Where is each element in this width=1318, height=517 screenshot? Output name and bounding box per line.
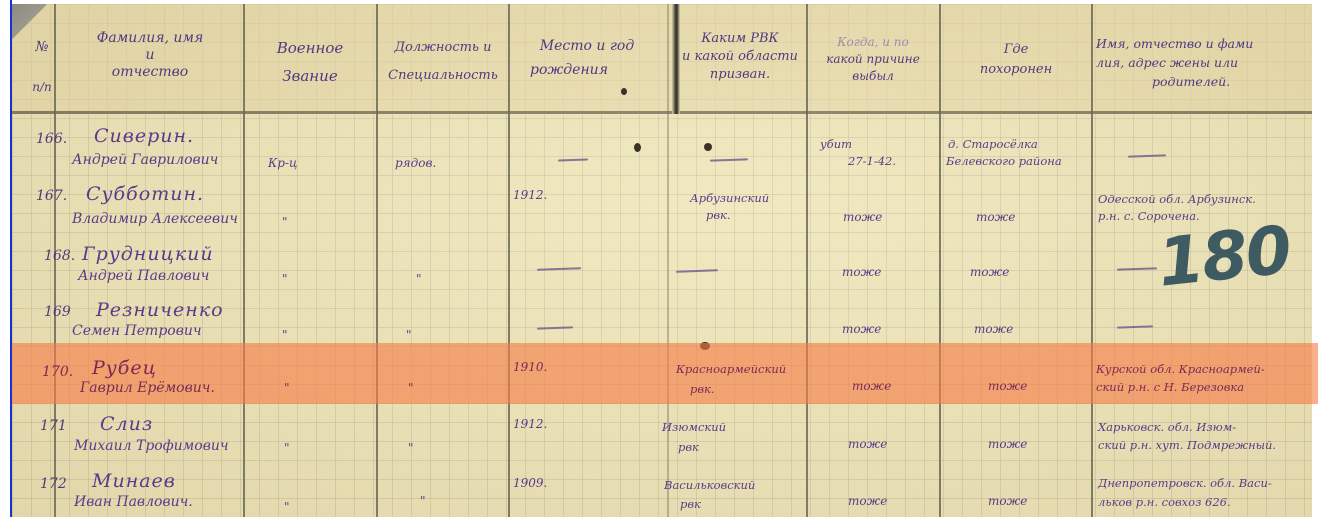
- given-names: Иван Павлович.: [74, 494, 193, 510]
- given-names: Андрей Павлович: [78, 268, 209, 284]
- row-number: 166.: [36, 131, 67, 147]
- death-same: тоже: [842, 265, 881, 279]
- burial-place: д. Старосёлка: [948, 137, 1038, 151]
- draft-suffix: рвк: [678, 440, 699, 454]
- surname: Слиз: [100, 413, 153, 435]
- burial-same: тоже: [976, 210, 1015, 224]
- rank: Кр-ц: [268, 156, 297, 170]
- paper-hole: [704, 143, 712, 151]
- header-name: Фамилия, имяиотчество: [62, 30, 238, 81]
- rank-ditto: ": [284, 500, 290, 514]
- draft-office: Васильковский: [664, 478, 755, 492]
- birth-year: 1912.: [513, 417, 547, 431]
- row-number: 172: [40, 476, 67, 492]
- death-same: тоже: [852, 379, 891, 393]
- column-divider: [508, 4, 510, 517]
- draft-suffix: рвк.: [690, 382, 715, 396]
- header-burial: Гдепохоронен: [944, 40, 1088, 80]
- family-address-2: ский р.н. хут. Подмрежный.: [1098, 438, 1276, 452]
- column-divider: [243, 4, 245, 517]
- family-address: Одесской обл. Арбузинск.: [1098, 192, 1256, 206]
- column-divider: [939, 4, 941, 517]
- family-address: Харьковск. обл. Изюм-: [1098, 420, 1236, 434]
- rank-ditto: ": [282, 328, 288, 342]
- given-names: Михаил Трофимович: [74, 438, 229, 454]
- birth-year: 1912.: [513, 188, 547, 202]
- position-ditto: ": [406, 328, 412, 342]
- row-number: 168.: [44, 248, 75, 264]
- row-number: 170.: [42, 364, 73, 380]
- row-number: 169: [44, 304, 71, 320]
- rank-ditto: ": [282, 272, 288, 286]
- death-same: тоже: [842, 322, 881, 336]
- draft-office: Арбузинский: [690, 191, 769, 205]
- position-ditto: ": [420, 494, 426, 508]
- burial-same: тоже: [974, 322, 1013, 336]
- paper-hole: [621, 88, 627, 95]
- surname: Резниченко: [96, 299, 224, 321]
- folded-corner: [12, 4, 46, 40]
- birth-year: 1909.: [513, 476, 547, 490]
- header-family: Имя, отчество и фамилия, адрес жены илир…: [1096, 34, 1296, 91]
- surname: Субботин.: [86, 183, 204, 205]
- family-address-2: ский р.н. с Н. Березовка: [1096, 380, 1244, 394]
- given-names: Андрей Гаврилович: [72, 152, 218, 168]
- family-address: Днепропетровск. обл. Васи-: [1098, 476, 1272, 490]
- position-ditto: ": [408, 381, 414, 395]
- column-divider: [806, 4, 808, 517]
- burial-same: тоже: [970, 265, 1009, 279]
- header-num: №п/п: [30, 36, 54, 98]
- burial-same: тоже: [988, 437, 1027, 451]
- death-date: 27-1-42.: [848, 154, 896, 168]
- position-ditto: ": [408, 441, 414, 455]
- rank-ditto: ": [284, 441, 290, 455]
- draft-office: Изюмский: [662, 420, 726, 434]
- paper-hole: [700, 342, 710, 350]
- draft-suffix: рвк: [680, 497, 701, 511]
- given-names: Владимир Алексеевич: [72, 211, 238, 227]
- burial-same: тоже: [988, 494, 1027, 508]
- death-same: тоже: [848, 437, 887, 451]
- position-ditto: ": [416, 272, 422, 286]
- paper-hole: [634, 143, 641, 152]
- family-address: Курской обл. Красноармей-: [1096, 362, 1265, 376]
- header-birth: Место и годрождения: [512, 34, 662, 82]
- header-draft: Каким РВКи какой областипризван.: [676, 30, 804, 84]
- burial-same: тоже: [988, 379, 1027, 393]
- rank-ditto: ": [284, 381, 290, 395]
- burial-district: Белевского района: [946, 154, 1062, 168]
- draft-office: Красноармейский: [676, 362, 786, 376]
- surname: Сиверин.: [94, 125, 194, 147]
- surname: Минаев: [92, 470, 176, 492]
- header-rank: ВоенноеЗвание: [250, 34, 370, 90]
- row-number: 167.: [36, 188, 67, 204]
- header-death: Когда, и покакой причиневыбыл: [809, 34, 937, 85]
- death-same: тоже: [848, 494, 887, 508]
- family-address-2: льков р.н. совхоз 626.: [1098, 495, 1231, 509]
- death-cause: убит: [820, 137, 852, 151]
- header-position: Должность иСпециальность: [378, 34, 508, 90]
- death-same: тоже: [843, 210, 882, 224]
- surname: Рубец: [92, 357, 157, 379]
- given-names: Семен Петрович: [72, 323, 202, 339]
- surname: Грудницкий: [82, 243, 214, 265]
- column-divider: [667, 4, 669, 517]
- sheet-number-stamp: 180: [1154, 211, 1293, 301]
- position: рядов.: [395, 156, 436, 170]
- given-names: Гаврил Ерёмович.: [80, 380, 215, 396]
- row-number: 171: [40, 418, 67, 434]
- column-divider: [1091, 4, 1093, 517]
- rank-ditto: ": [282, 215, 288, 229]
- draft-suffix: рвк.: [706, 208, 731, 222]
- birth-year: 1910.: [513, 360, 547, 374]
